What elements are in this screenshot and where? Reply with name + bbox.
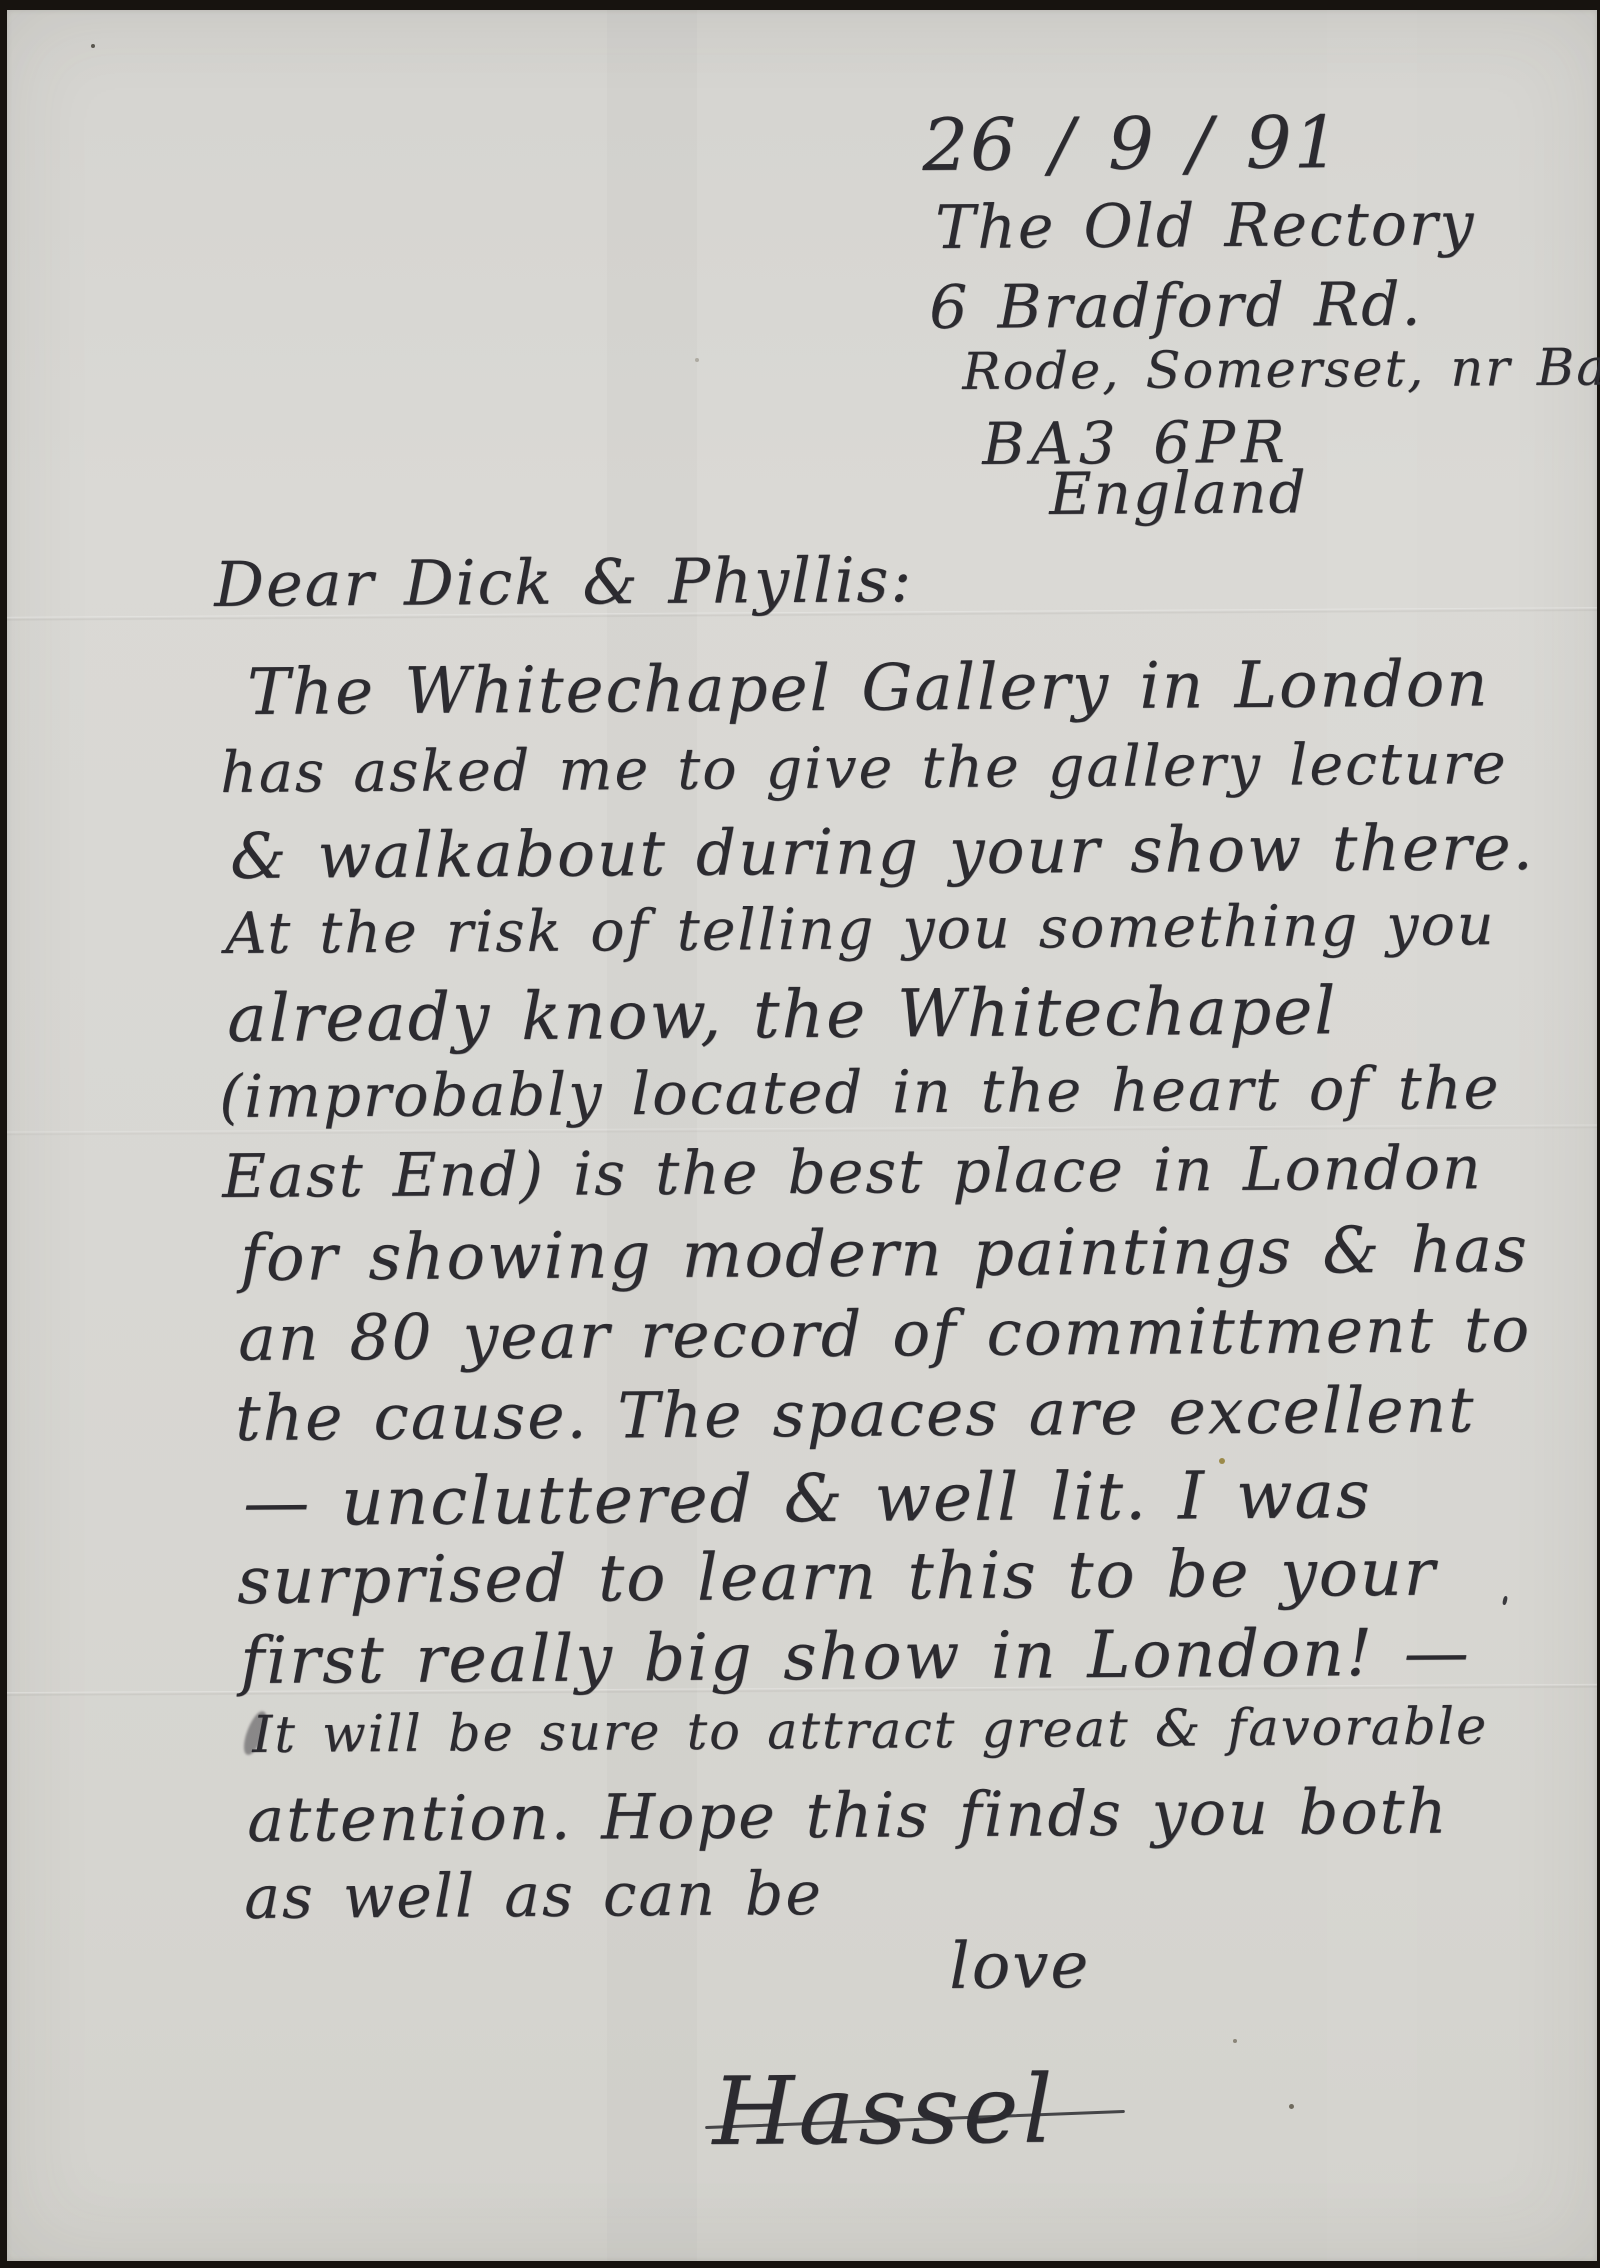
body-line: & walkabout during your show there.	[230, 813, 1535, 893]
body-line: already know, the Whitechapel	[227, 974, 1338, 1056]
body-line: surprised to learn this to be your	[237, 1538, 1437, 1619]
letter-date: 26 / 9 / 91	[922, 102, 1342, 186]
body-line: as well as can be	[244, 1861, 823, 1932]
body-line: the cause. The spaces are excellent	[235, 1375, 1476, 1454]
body-line: has asked me to give the gallery lecture	[220, 733, 1508, 806]
body-line: At the risk of telling you something you	[225, 894, 1496, 967]
sender-address-line: Rode, Somerset, nr Bath	[962, 339, 1600, 401]
signature: Hassel	[712, 2058, 1057, 2166]
body-line: for showing modern paintings & has	[240, 1215, 1529, 1296]
body-line: It will be sure to attract great & favor…	[252, 1698, 1488, 1764]
body-line: — uncluttered & well lit. I was	[243, 1458, 1372, 1540]
paper-speck	[91, 44, 95, 48]
paper-speck	[1219, 1458, 1225, 1464]
body-line: (improbably located in the heart of the	[219, 1055, 1501, 1130]
body-line: an 80 year record of committment to	[238, 1295, 1531, 1375]
sender-address-line: The Old Rectory	[935, 191, 1476, 262]
salutation: Dear Dick & Phyllis:	[214, 545, 913, 619]
body-line: The Whitechapel Gallery in London	[247, 649, 1490, 729]
paper-speck	[1233, 2039, 1237, 2043]
letter-scan: 26 / 9 / 91 The Old Rectory 6 Bradford R…	[0, 0, 1600, 2268]
paper-speck	[1502, 1596, 1508, 1606]
body-line: attention. Hope this finds you both	[247, 1777, 1449, 1855]
closing: love	[949, 1931, 1091, 2004]
paper-speck	[695, 358, 699, 362]
sender-address-line: 6 Bradford Rd.	[929, 272, 1423, 343]
letter-paper: 26 / 9 / 91 The Old Rectory 6 Bradford R…	[7, 10, 1597, 2261]
paper-speck	[1289, 2104, 1294, 2109]
body-line: East End) is the best place in London	[222, 1135, 1483, 1211]
body-line: first really big show in London! —	[240, 1617, 1471, 1698]
sender-address-country: England	[1049, 460, 1308, 527]
